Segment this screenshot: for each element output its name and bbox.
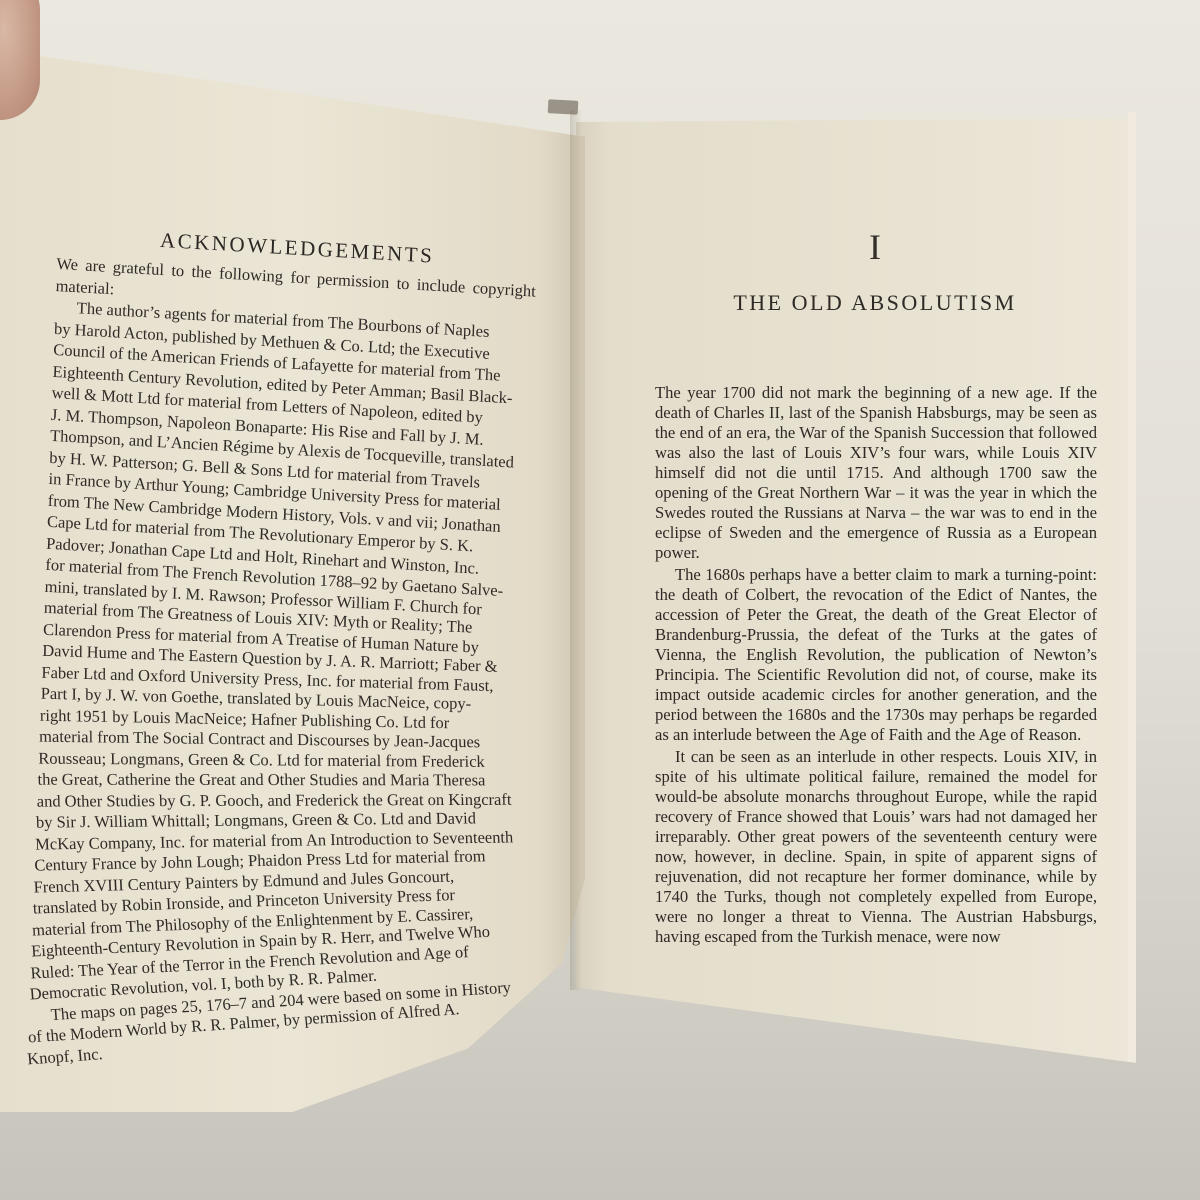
- right-page-edge: [1128, 112, 1136, 1062]
- acknowledgements-body: The author’s agents for material from Th…: [29, 296, 534, 1033]
- book-spine-shadow: [570, 110, 582, 990]
- chapter-paragraph: The 1680s perhaps have a better claim to…: [655, 565, 1097, 745]
- chapter-paragraph: It can be seen as an interlude in other …: [655, 747, 1097, 947]
- chapter-body: The year 1700 did not mark the beginning…: [655, 383, 1097, 947]
- text-line: the Great, Catherine the Great and Other…: [37, 769, 517, 791]
- chapter-number: I: [655, 226, 1095, 268]
- chapter-paragraph: The year 1700 did not mark the beginning…: [655, 383, 1097, 563]
- chapter-heading: I THE OLD ABSOLUTISM: [655, 222, 1095, 316]
- acknowledgements-section: ACKNOWLEDGEMENTS We are grateful to the …: [27, 222, 537, 1097]
- chapter-title: THE OLD ABSOLUTISM: [655, 290, 1095, 316]
